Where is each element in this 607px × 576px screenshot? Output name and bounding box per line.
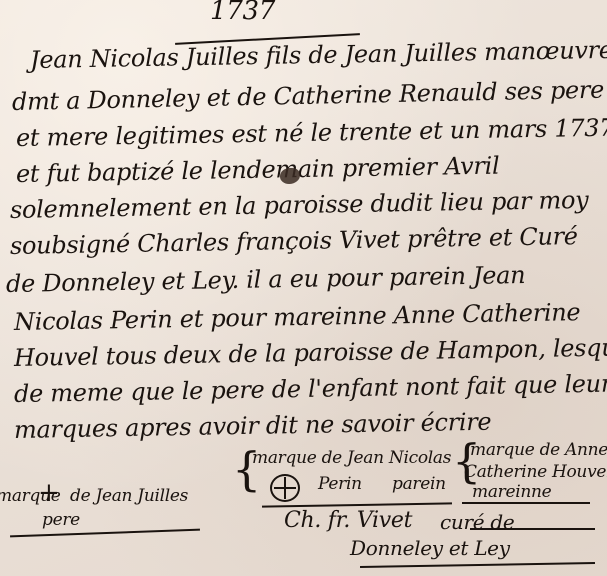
father-cross-mark: + [38, 478, 60, 508]
godfather-role: parein [392, 474, 446, 494]
godmother-role: mareinne [472, 482, 551, 502]
father-underline [10, 529, 200, 538]
priest-flourish-1 [470, 528, 595, 530]
priest-signature: Ch. fr. Vivet [284, 508, 412, 533]
record-line-3: et mere legitimes est né le trente et un… [16, 113, 607, 152]
manuscript-page: 1737 Jean Nicolas Juilles fils de Jean J… [0, 0, 607, 576]
record-line-4: et fut baptizé le lendemain premier Avri… [16, 152, 500, 188]
father-mark-name: de Jean Juilles [70, 486, 188, 506]
year-heading: 1737 [210, 0, 275, 26]
record-line-7: de Donneley et Ley. il a eu pour parein … [6, 261, 526, 298]
record-line-1: Jean Nicolas Juilles fils de Jean Juille… [30, 36, 607, 74]
record-line-8: Nicolas Perin et pour mareinne Anne Cath… [14, 298, 581, 336]
father-role: pere [42, 510, 80, 530]
godmother-name: Catherine Houvel [464, 462, 607, 482]
priest-title: curé de [440, 510, 514, 534]
record-line-10: de meme que le pere de l'enfant nont fai… [14, 369, 607, 408]
record-line-6: soubsigné Charles françois Vivet prêtre … [10, 222, 578, 260]
godfather-circle-cross-mark [270, 474, 300, 502]
record-line-11: marques apres avoir dit ne savoir écrire [14, 408, 492, 444]
priest-parish: Donneley et Ley [350, 536, 510, 560]
record-line-5: solemnelement en la paroisse dudit lieu … [10, 186, 589, 224]
godmother-underline [462, 502, 590, 504]
record-line-2: dmt a Donneley et de Catherine Renauld s… [12, 76, 605, 116]
godmother-mark-label: marque de Anne [470, 440, 607, 460]
godfather-name: Perin [318, 474, 362, 494]
record-line-9: Houvel tous deux de la paroisse de Hampo… [14, 333, 607, 372]
godfather-underline [262, 502, 452, 507]
priest-flourish-2 [360, 562, 595, 568]
godfather-mark-label: marque de Jean Nicolas [252, 448, 451, 468]
